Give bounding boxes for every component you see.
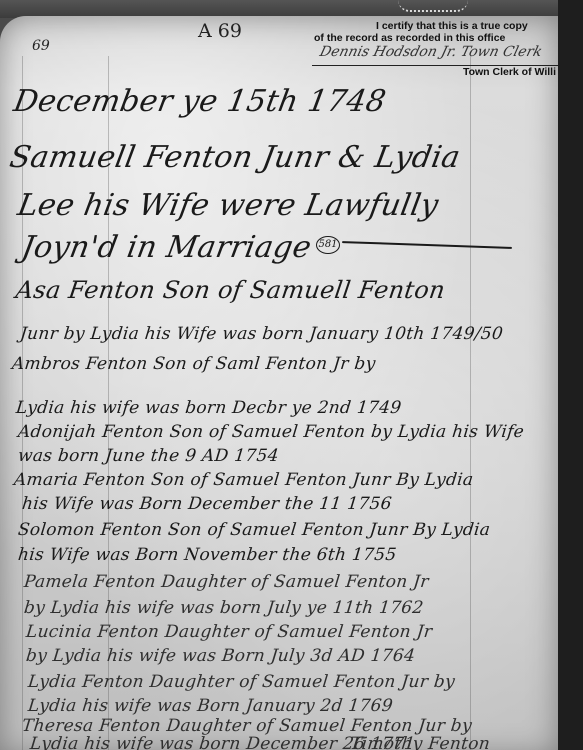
page-number-corner: 69: [32, 38, 50, 54]
entry-line: was born June the 9 AD 1754: [17, 446, 280, 466]
entry-line: Pamela Fenton Daughter of Samuel Fenton …: [23, 572, 430, 592]
entry-line: Theresa Fenton Daughter of Samuel Fenton…: [21, 716, 473, 736]
entry-line: Lydia Fenton Daughter of Samuel Fenton J…: [27, 672, 456, 692]
entry-line: Timothy Fenton: [349, 734, 491, 750]
clerk-signature: Dennis Hodsdon Jr. Town Clerk: [318, 44, 544, 60]
stamp-title: Town Clerk of Willi: [463, 66, 556, 78]
entry-line: his Wife was Born December the 11 1756: [21, 494, 393, 514]
entry-line: Ambros Fenton Son of Saml Fenton Jr by: [11, 354, 377, 374]
entry-line: Samuell Fenton Junr & Lydia: [7, 140, 463, 175]
entry-line: Adonijah Fenton Son of Samuel Fenton by …: [17, 422, 525, 442]
entry-line: Junr by Lydia his Wife was born January …: [19, 324, 504, 344]
entry-line: his Wife was Born November the 6th 1755: [17, 545, 398, 565]
entry-line: Lucinia Fenton Daughter of Samuel Fenton…: [25, 622, 433, 642]
entry-line: Joyn'd in Marriage: [19, 230, 314, 265]
entry-line: Lydia his wife was Born January 2d 1769: [27, 696, 394, 716]
entry-line: Lydia his wife was born Decbr ye 2nd 174…: [15, 398, 403, 418]
stamp-line-2: of the record as recorded in this office: [314, 32, 505, 44]
entry-line: Solomon Fenton Son of Samuel Fenton Junr…: [17, 520, 491, 540]
certification-stamp: I certify that this is a true copy of th…: [312, 18, 558, 78]
ruled-margin-line: [470, 56, 471, 750]
marriage-marker: 581: [316, 236, 340, 254]
right-edge: [558, 0, 583, 750]
entry-line: Asa Fenton Son of Samuell Fenton: [14, 276, 447, 304]
scan-frame: A 69 69 I certify that this is a true co…: [0, 0, 583, 750]
seal-edge: [398, 0, 468, 12]
entry-line: Lee his Wife were Lawfully: [15, 188, 441, 223]
entry-line: Amaria Fenton Son of Samuel Fenton Junr …: [13, 470, 474, 490]
entry-line: by Lydia his wife was born July ye 11th …: [23, 598, 425, 618]
entry-line: by Lydia his wife was Born July 3d AD 17…: [25, 646, 416, 666]
entry-line: December ye 15th 1748: [11, 84, 389, 119]
page-reference: A 69: [198, 20, 242, 42]
stamp-line-1: I certify that this is a true copy: [376, 20, 528, 32]
